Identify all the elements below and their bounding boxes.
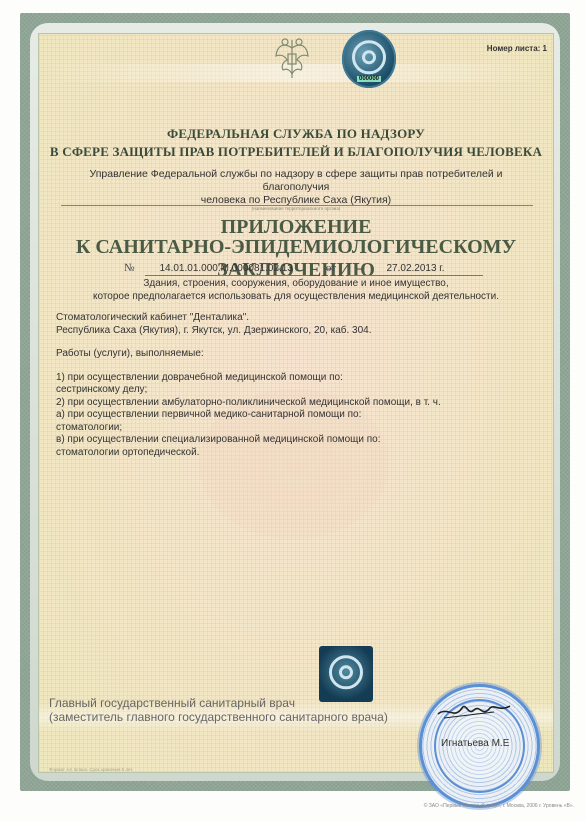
- department-caption: (наименование территориального органа): [39, 207, 553, 212]
- department-name: Управление Федеральной службы по надзору…: [59, 168, 533, 207]
- buildings-line2: которое предполагается использовать для …: [59, 290, 533, 303]
- signer-title-line2: (заместитель главного государственного с…: [49, 710, 388, 724]
- organization-name: Стоматологический кабинет "Денталика".: [56, 312, 533, 325]
- conclusion-number-row: № 14.01.01.000.М.000081.02.13 от 27.02.2…: [124, 262, 483, 276]
- sheet-number-value: 1: [543, 44, 547, 53]
- works-item: стоматологии ортопедической.: [56, 447, 533, 460]
- works-item: сестринскому делу;: [56, 384, 533, 397]
- signer-title-line1: Главный государственный санитарный врач: [49, 696, 388, 710]
- signature-icon: [434, 696, 514, 726]
- rospotrebnadzor-hologram-icon: 000000: [342, 30, 396, 88]
- conclusion-date: 27.02.2013 г.: [348, 263, 483, 276]
- sheet-number-label: Номер листа:: [487, 44, 541, 53]
- buildings-description: Здания, строения, сооружения, оборудован…: [59, 277, 533, 303]
- works-item: стоматологии;: [56, 422, 533, 435]
- organization-address: Республика Саха (Якутия), г. Якутск, ул.…: [56, 325, 533, 338]
- works-item: 2) при осуществлении амбулаторно-поликли…: [56, 397, 533, 410]
- document-body: Стоматологический кабинет "Денталика". Р…: [56, 312, 533, 459]
- certificate-page: Номер листа: 1 000000 ФЕДЕРАЛЬНАЯ СЛУЖБА…: [38, 33, 554, 773]
- signer-title: Главный государственный санитарный врач …: [49, 696, 388, 724]
- works-item: 1) при осуществлении доврачебной медицин…: [56, 372, 533, 385]
- hologram-logo-icon: [352, 40, 386, 74]
- works-item: в) при осуществлении специализированной …: [56, 434, 533, 447]
- department-line1: Управление Федеральной службы по надзору…: [59, 168, 533, 194]
- format-note: Формат А4. Бланк. Срок хранения 5 лет.: [49, 767, 133, 772]
- sheet-number: Номер листа: 1: [487, 44, 547, 53]
- agency-name-line2: В СФЕРЕ ЗАЩИТЫ ПРАВ ПОТРЕБИТЕЛЕЙ И БЛАГО…: [39, 144, 553, 160]
- hologram-logo-icon: [329, 655, 363, 689]
- conclusion-number: 14.01.01.000.М.000081.02.13: [145, 263, 308, 276]
- date-label: от: [326, 262, 336, 274]
- works-item: а) при осуществлении первичной медико-са…: [56, 409, 533, 422]
- signer-name: Игнатьева М.Е: [441, 738, 509, 749]
- agency-name-line1: ФЕДЕРАЛЬНАЯ СЛУЖБА ПО НАДЗОРУ: [39, 126, 553, 142]
- hologram-label: 000000: [357, 76, 381, 82]
- double-headed-eagle-emblem-icon: [273, 34, 311, 82]
- works-header: Работы (услуги), выполняемые:: [56, 348, 533, 361]
- buildings-line1: Здания, строения, сооружения, оборудован…: [59, 277, 533, 290]
- rospotrebnadzor-hologram-sticker-icon: [319, 646, 373, 702]
- number-label: №: [124, 262, 135, 274]
- printer-note: © ЗАО «Первый печатный двор», г. Москва,…: [424, 803, 574, 809]
- department-underline: [61, 205, 533, 206]
